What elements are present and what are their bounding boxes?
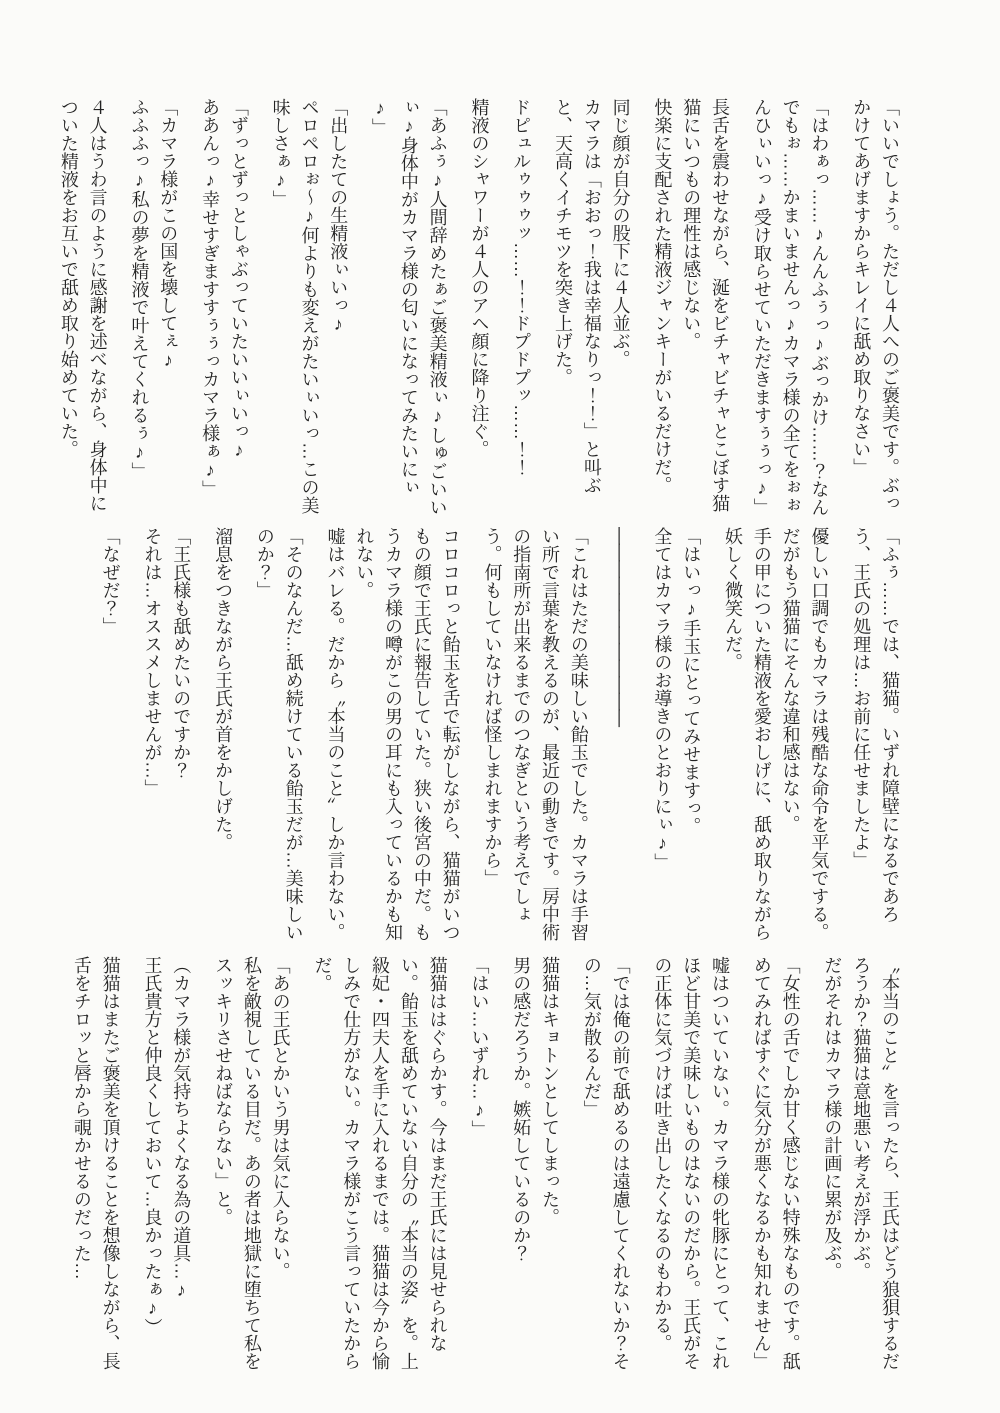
text-line: 男の感だろうか。嫉妬しているのか？	[506, 956, 535, 1379]
text-line: 「ずっとずっとしゃぶっていたいいぃいっ♪	[224, 98, 253, 521]
text-line: ４人はうわ言のように感謝を述べながら、身体中についた精液をお互いで舐め取り始めて…	[54, 98, 112, 521]
text-line: だがもう猫猫にそんな違和感はない。	[776, 527, 805, 950]
text-line: コロコロっと飴玉を舌で転がしながら、猫猫がいつもの顔で王氏に報告していた。狭い後…	[349, 527, 464, 950]
text-line: 同じ顔が自分の股下に４人並ぶ。	[606, 98, 635, 521]
text-line: 「そのなんだ…舐め続けている飴玉だが…美味しいのか？」	[250, 527, 308, 950]
text-line: 「はわぁっ……♪んんふぅっ♪ぶっかけ……？なんでもぉ……かまいませんっ♪カマラ様…	[747, 98, 833, 521]
text-line: （カマラ様が気持ちよくなる為の道具…♪	[166, 956, 195, 1379]
text-line: 「はいっ♪手玉にとってみせますっ。	[676, 527, 705, 950]
text-band-top: 「いいでしょう。ただし４人へのご褒美です。ぶっかけてあげますからキレイに舐め取り…	[36, 98, 904, 521]
text-line: 猫猫はキョトンとしてしまった。	[535, 956, 564, 1379]
text-line: ドピュルゥゥゥッ……！！ドプドプッ……！！	[506, 98, 535, 521]
text-line: 「はい…いずれ…♪」	[465, 956, 494, 1379]
text-line: 優しい口調でもカマラは残酷な命令を平気でする。	[805, 527, 834, 950]
text-line: 「王氏様も舐めたいのですか？	[166, 527, 195, 950]
text-line: 猫猫はまたご褒美を頂けることを想像しながら、長舌をチロッと唇から覗かせるのだった…	[67, 956, 125, 1379]
text-line: ああんっ♪幸せすぎますすぅぅっカマラ様ぁ♪」	[195, 98, 224, 521]
text-line: 「いいでしょう。ただし４人へのご褒美です。ぶっかけてあげますからキレイに舐め取り…	[846, 98, 904, 521]
text-line: 「出したての生精液ぃいっ♪	[323, 98, 352, 521]
text-band-bottom: 〝本当のこと〟を言ったら、王氏はどう狼狽するだろうか？猫猫は意地悪い考えが浮かぶ…	[36, 956, 904, 1379]
text-line: それは…オススメしませんが…」	[138, 527, 167, 950]
text-line: 快楽に支配された精液ジャンキーがいるだけだ。	[648, 98, 677, 521]
text-line: 精液のシャワーが４人のアヘ顔に降り注ぐ。	[465, 98, 494, 521]
text-line: 嘘はついていない。カマラ様の牝豚にとって、これほど甘美で美味しいものはないのだか…	[648, 956, 734, 1379]
text-line: 手の甲についた精液を愛おしげに、舐め取りながら妖しく微笑んだ。	[718, 527, 776, 950]
text-line: 長舌を震わせながら、涎をビチャビチャとこぼす猫猫にいつもの理性は感じない。	[676, 98, 734, 521]
text-line: 「女性の舌でしか甘く感じない特殊なものです。舐めてみればすぐに気分が悪くなるかも…	[747, 956, 805, 1379]
text-line: だがそれはカマラ様の計画に累が及ぶ。	[818, 956, 847, 1379]
scene-divider: ――――――――――――	[606, 527, 635, 950]
text-line: 猫猫ははぐらかす。今はまだ王氏には見せられない。飴玉を舐めていない自分の〝本当の…	[308, 956, 452, 1379]
text-line: カマラは「おおっ！我は幸福なりっ！！」と叫ぶと、天高くイチモツを突き上げた。	[548, 98, 606, 521]
text-line: ふふふっ♪私の夢を精液で叶えてくれるぅ♪」	[125, 98, 154, 521]
text-line: 〝本当のこと〟を言ったら、王氏はどう狼狽するだろうか？猫猫は意地悪い考えが浮かぶ…	[846, 956, 904, 1379]
text-line: 溜息をつきながら王氏が首をかしげた。	[208, 527, 237, 950]
scanned-novel-page: 「いいでしょう。ただし４人へのご褒美です。ぶっかけてあげますからキレイに舐め取り…	[0, 0, 1000, 1413]
text-line: ペロペロぉ～♪何よりも変えがたいぃいっ…この美味しさぁ♪」	[266, 98, 324, 521]
text-line: 「では俺の前で舐めるのは遠慮してくれないか？その…気が散るんだ」	[577, 956, 635, 1379]
text-line: 私を敵視している目だ。あの者は地獄に堕ちて私をスッキリさせねばならない」と。	[208, 956, 266, 1379]
text-line: 王氏貴方と仲良くしておいて…良かったぁ♪）	[138, 956, 167, 1379]
text-line: 「これはただの美味しい飴玉でした。カマラは手習い所で言葉を教えるのが、最近の動き…	[478, 527, 593, 950]
text-line: 嘘はバレる。だから〝本当のこと〟しか言わない。	[321, 527, 350, 950]
text-line: 「あふぅ♪人間辞めたぁご褒美精液ぃ♪しゅごいいぃ♪身体中がカマラ様の匂いになって…	[365, 98, 451, 521]
text-line: 「あの王氏とかいう男は気に入らない。	[266, 956, 295, 1379]
text-line: 「ふぅ……では、猫猫。いずれ障壁になるであろう、王氏の処理は…お前に任せましたよ…	[846, 527, 904, 950]
text-band-middle: 「ふぅ……では、猫猫。いずれ障壁になるであろう、王氏の処理は…お前に任せましたよ…	[36, 527, 904, 950]
text-line: 「カマラ様がこの国を壊してぇ♪	[153, 98, 182, 521]
text-line: 「なぜだ？」	[96, 527, 125, 950]
text-line: 全てはカマラ様のお導きのとおりにぃ♪」	[648, 527, 677, 950]
